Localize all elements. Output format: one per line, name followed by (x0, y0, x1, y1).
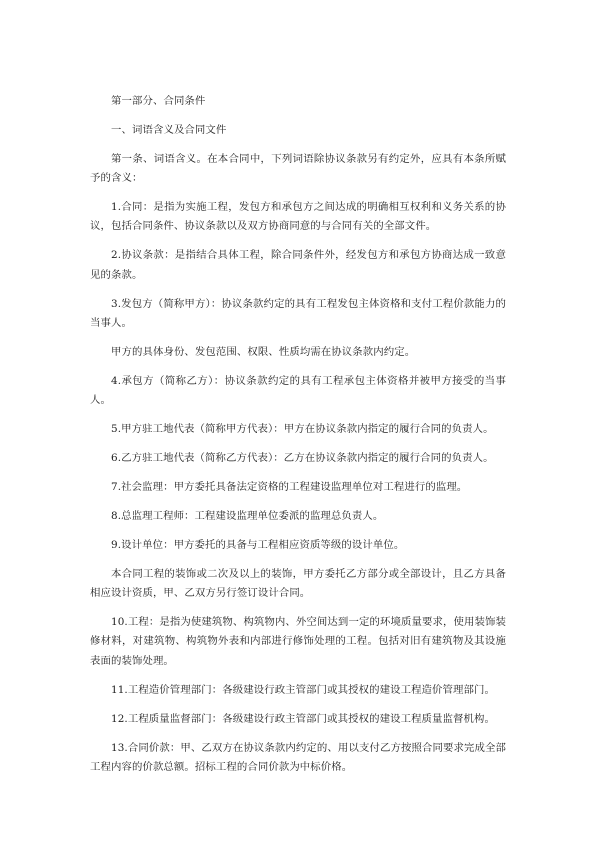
definition-contract: 1.合同：是指为实施工程，发包方和承包方之间达成的明确相互权利和义务关系的协议，… (90, 198, 506, 236)
definition-contractor-representative: 6.乙方驻工地代表（简称乙方代表）：乙方在协议条款内指定的履行合同的负责人。 (90, 449, 506, 468)
definition-chief-engineer: 8.总监理工程师：工程建设监理单位委派的监理总负责人。 (90, 507, 506, 526)
definition-agreement-terms: 2.协议条款：是指结合具体工程，除合同条件外，经发包方和承包方协商达成一致意见的… (90, 246, 506, 284)
definition-cost-management-dept: 11.工程造价管理部门：各级建设行政主管部门或其授权的建设工程造价管理部门。 (90, 681, 506, 700)
definition-works: 10.工程：是指为使建筑物、构筑物内、外空间达到一定的环境质量要求，使用装饰装修… (90, 613, 506, 671)
definition-employer: 3.发包方（简称甲方）：协议条款约定的具有工程发包主体资格和支付工程价款能力的当… (90, 295, 506, 333)
definition-quality-supervision-dept: 12.工程质量监督部门：各级建设行政主管部门或其授权的建设工程质量监督机构。 (90, 710, 506, 729)
section-title: 一、词语含义及合同文件 (90, 121, 506, 140)
part-title: 第一部分、合同条件 (90, 92, 506, 111)
employer-note: 甲方的具体身份、发包范围、权限、性质均需在协议条款内约定。 (90, 343, 506, 362)
definition-design-unit: 9.设计单位：甲方委托的具备与工程相应资质等级的设计单位。 (90, 536, 506, 555)
article-1-intro: 第一条、词语含义。在本合同中，下列词语除协议条款另有约定外，应具有本条所赋予的含… (90, 150, 506, 188)
definition-contractor: 4.承包方（简称乙方）：协议条款约定的具有工程承包主体资格并被甲方接受的当事人。 (90, 372, 506, 410)
definition-contract-price: 13.合同价款：甲、乙双方在协议条款内约定的、用以支付乙方按照合同要求完成全部工… (90, 739, 506, 777)
document-page: 第一部分、合同条件 一、词语含义及合同文件 第一条、词语含义。在本合同中，下列词… (90, 92, 506, 787)
design-contract-note: 本合同工程的装饰或二次及以上的装饰，甲方委托乙方部分或全部设计，且乙方具备相应设… (90, 565, 506, 603)
definition-employer-representative: 5.甲方驻工地代表（简称甲方代表）：甲方在协议条款内指定的履行合同的负责人。 (90, 420, 506, 439)
definition-supervision: 7.社会监理：甲方委托具备法定资格的工程建设监理单位对工程进行的监理。 (90, 478, 506, 497)
